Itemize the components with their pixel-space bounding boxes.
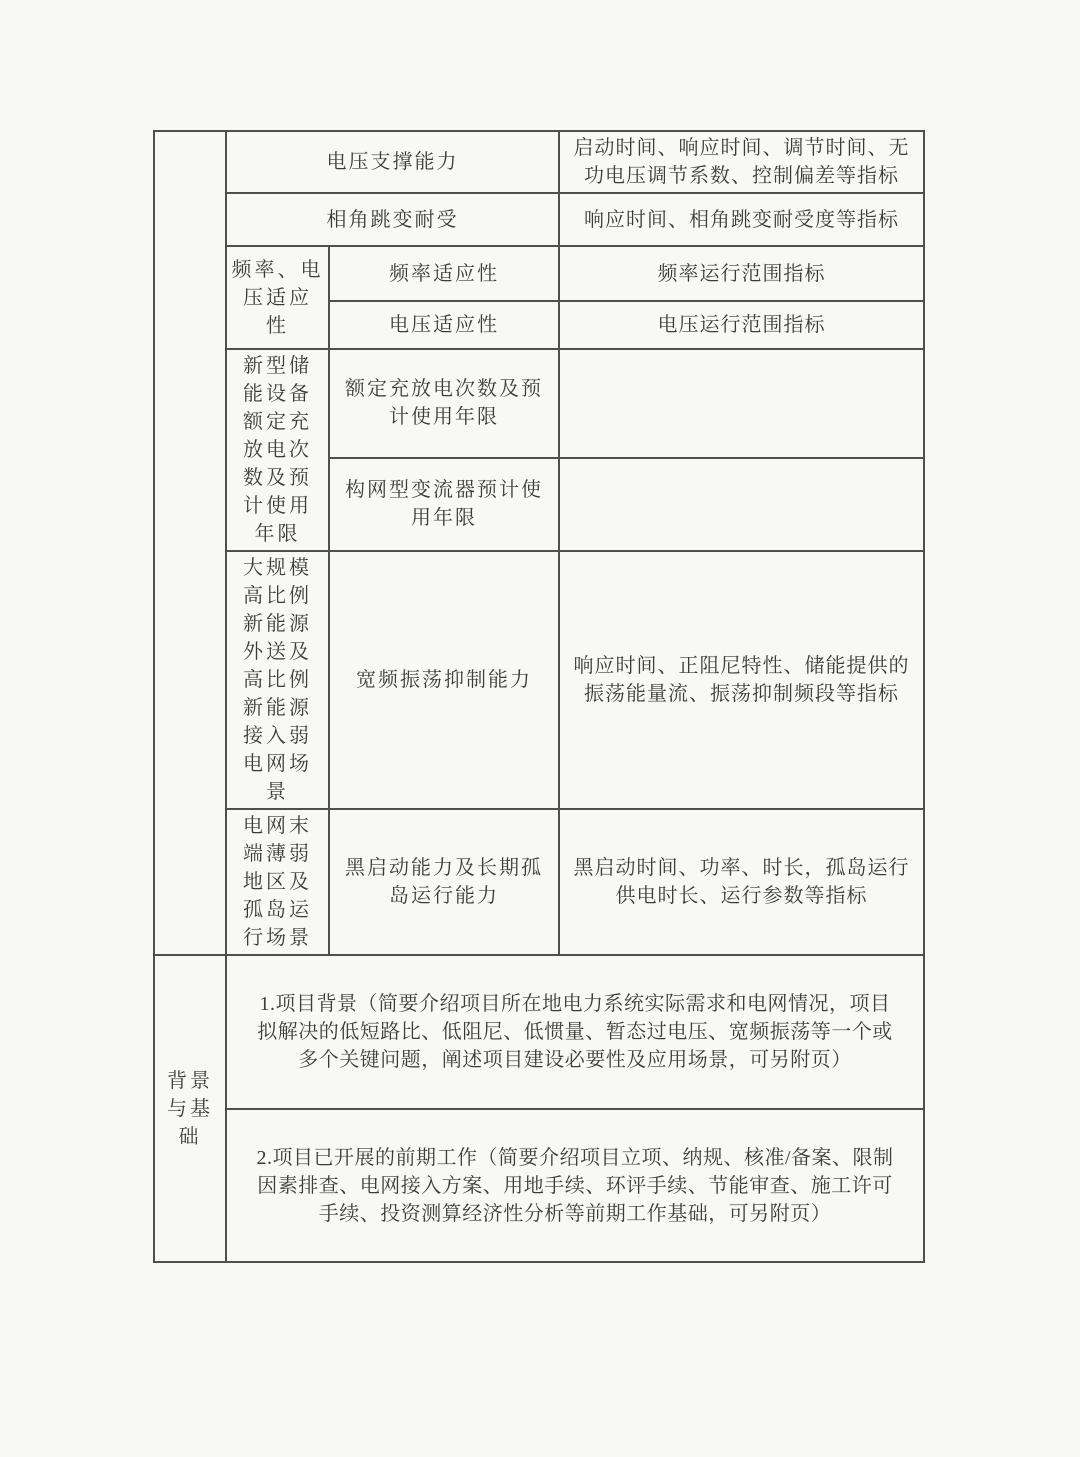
cell-capability-converter-life: 构网型变流器预计使 用年限: [329, 458, 559, 551]
row-project-background: 背景 与基 础 1.项目背景（简要介绍项目所在地电力系统实际需求和电网情况，项目…: [154, 955, 924, 1109]
cell-indicators-rated-cycles-empty: [559, 349, 924, 458]
cell-indicators-voltage-support: 启动时间、响应时间、调节时间、无 功电压调节系数、控制偏差等指标: [559, 131, 924, 193]
row-rated-cycles: 新型储 能设备 额定充 放电次 数及预 计使用 年限 额定充放电次数及预 计使用…: [154, 349, 924, 458]
row-black-start: 电网末 端薄弱 地区及 孤岛运 行场景 黑启动能力及长期孤 岛运行能力 黑启动时…: [154, 809, 924, 955]
left-continuation-cell: [154, 131, 226, 955]
row-preliminary-work: 2.项目已开展的前期工作（简要介绍项目立项、纳规、核准/备案、限制 因素排查、电…: [154, 1109, 924, 1262]
cell-project-background-text: 1.项目背景（简要介绍项目所在地电力系统实际需求和电网情况，项目 拟解决的低短路…: [226, 955, 924, 1109]
cell-indicators-converter-life-empty: [559, 458, 924, 551]
cell-capability-black-start: 黑启动能力及长期孤 岛运行能力: [329, 809, 559, 955]
cell-capability-voltage-adaptability: 电压适应性: [329, 301, 559, 349]
cell-category-freq-volt-adaptability: 频率、电 压适应 性: [226, 246, 329, 349]
row-frequency-adaptability: 频率、电 压适应 性 频率适应性 频率运行范围指标: [154, 246, 924, 301]
cell-capability-phase-jump: 相角跳变耐受: [226, 193, 559, 246]
cell-category-islanded-scenario: 电网末 端薄弱 地区及 孤岛运 行场景: [226, 809, 329, 955]
row-wideband-oscillation: 大规模 高比例 新能源 外送及 高比例 新能源 接入弱 电网场 景 宽频振荡抑制…: [154, 551, 924, 809]
cell-background-basis-label: 背景 与基 础: [154, 955, 226, 1262]
cell-indicators-wideband-oscillation: 响应时间、正阻尼特性、储能提供的 振荡能量流、振荡抑制频段等指标: [559, 551, 924, 809]
cell-capability-rated-cycles-life: 额定充放电次数及预 计使用年限: [329, 349, 559, 458]
cell-indicators-black-start: 黑启动时间、功率、时长，孤岛运行 供电时长、运行参数等指标: [559, 809, 924, 955]
project-form-table: 电压支撑能力 启动时间、响应时间、调节时间、无 功电压调节系数、控制偏差等指标 …: [153, 130, 925, 1263]
document-page: 电压支撑能力 启动时间、响应时间、调节时间、无 功电压调节系数、控制偏差等指标 …: [0, 0, 1080, 1457]
cell-indicators-phase-jump: 响应时间、相角跳变耐受度等指标: [559, 193, 924, 246]
row-phase-jump: 相角跳变耐受 响应时间、相角跳变耐受度等指标: [154, 193, 924, 246]
cell-capability-voltage-support: 电压支撑能力: [226, 131, 559, 193]
cell-category-storage-rated-cycles: 新型储 能设备 额定充 放电次 数及预 计使用 年限: [226, 349, 329, 551]
row-voltage-support: 电压支撑能力 启动时间、响应时间、调节时间、无 功电压调节系数、控制偏差等指标: [154, 131, 924, 193]
cell-indicators-frequency-range: 频率运行范围指标: [559, 246, 924, 301]
cell-category-weak-grid-scenario: 大规模 高比例 新能源 外送及 高比例 新能源 接入弱 电网场 景: [226, 551, 329, 809]
cell-capability-wideband-oscillation: 宽频振荡抑制能力: [329, 551, 559, 809]
cell-preliminary-work-text: 2.项目已开展的前期工作（简要介绍项目立项、纳规、核准/备案、限制 因素排查、电…: [226, 1109, 924, 1262]
cell-capability-frequency-adaptability: 频率适应性: [329, 246, 559, 301]
cell-indicators-voltage-range: 电压运行范围指标: [559, 301, 924, 349]
